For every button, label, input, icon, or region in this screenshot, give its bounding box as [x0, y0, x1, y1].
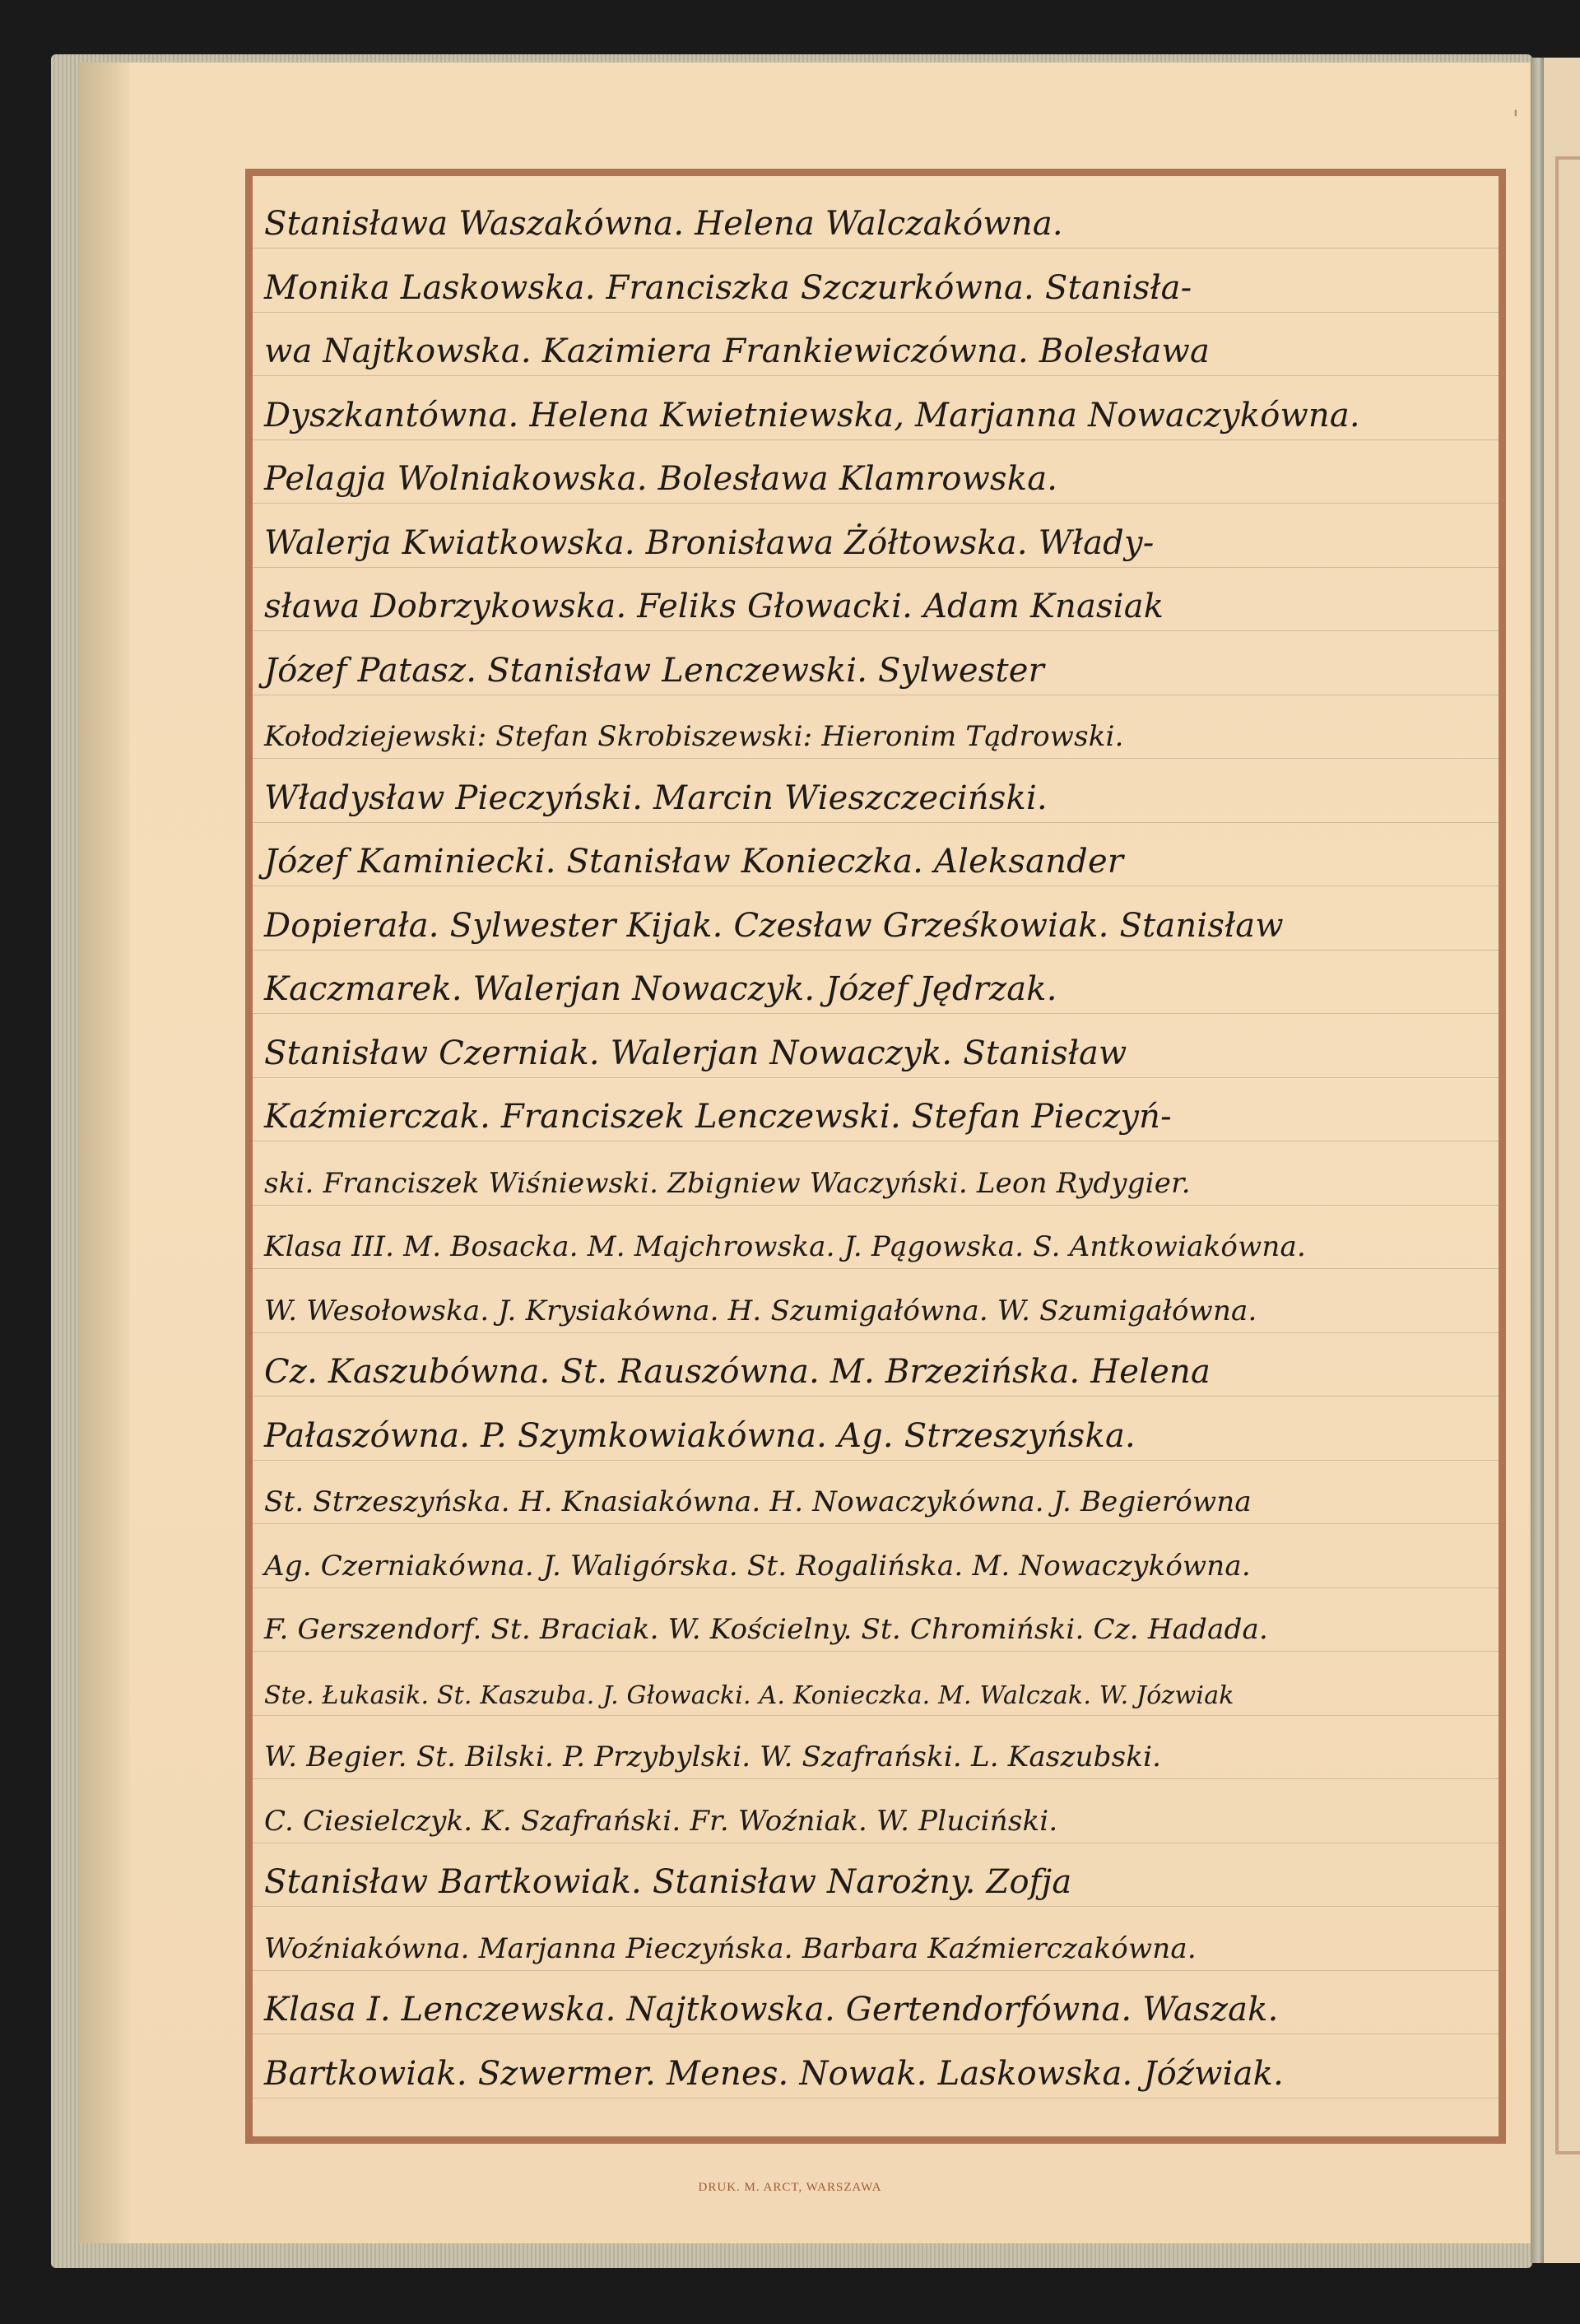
student-names: Klasa III. M. Bosacka. M. Majchrowska. J… — [264, 1230, 1490, 1263]
student-names: Kaczmarek. Walerjan Nowaczyk. Józef Jędr… — [264, 970, 1490, 1008]
handwritten-line: Kołodziejewski: Stefan Skrobiszewski: Hi… — [253, 693, 1499, 759]
handwritten-line: Pałaszówna. P. Szymkowiakówna. Ag. Strze… — [253, 1395, 1499, 1461]
handwritten-line: wa Najtkowska. Kazimiera Frankiewiczówna… — [253, 310, 1499, 376]
margin-mark: ' — [1513, 105, 1519, 132]
student-names: Klasa I. Lenczewska. Najtkowska. Gertend… — [264, 1991, 1490, 2029]
student-names: Józef Patasz. Stanisław Lenczewski. Sylw… — [264, 652, 1490, 690]
handwritten-line: W. Wesołowska. J. Krysiakówna. H. Szumig… — [253, 1267, 1499, 1333]
student-names: Monika Laskowska. Franciszka Szczurkówna… — [264, 269, 1490, 307]
student-names: wa Najtkowska. Kazimiera Frankiewiczówna… — [264, 332, 1490, 370]
student-names: Bartkowiak. Szwermer. Menes. Nowak. Lask… — [264, 2055, 1490, 2093]
ruled-lines: Stanisława Waszakówna. Helena Walczakówn… — [253, 176, 1499, 2136]
student-names: Ste. Łukasik. St. Kaszuba. J. Głowacki. … — [264, 1681, 1490, 1710]
book-spine — [1531, 58, 1544, 2263]
handwritten-line: St. Strzeszyńska. H. Knasiakówna. H. Now… — [253, 1458, 1499, 1524]
handwritten-line: ski. Franciszek Wiśniewski. Zbigniew Wac… — [253, 1140, 1499, 1206]
handwriting-frame: Stanisława Waszakówna. Helena Walczakówn… — [245, 169, 1506, 2144]
handwritten-line: F. Gerszendorf. St. Braciak. W. Kościeln… — [253, 1586, 1499, 1652]
handwritten-line: Walerja Kwiatkowska. Bronisława Żółtowsk… — [253, 502, 1499, 568]
printer-imprint: DRUK. M. ARCT, WARSZAWA — [0, 2181, 1580, 2195]
student-names: Ag. Czerniakówna. J. Waligórska. St. Rog… — [264, 1550, 1490, 1583]
handwritten-line: Dyszkantówna. Helena Kwietniewska, Marja… — [253, 374, 1499, 440]
student-names: F. Gerszendorf. St. Braciak. W. Kościeln… — [264, 1613, 1490, 1646]
student-names: C. Ciesielczyk. K. Szafrański. Fr. Woźni… — [264, 1805, 1490, 1838]
handwritten-line: Monika Laskowska. Franciszka Szczurkówna… — [253, 247, 1499, 313]
student-names: Stanisława Waszakówna. Helena Walczakówn… — [264, 205, 1490, 243]
handwritten-line: Kaźmierczak. Franciszek Lenczewski. Stef… — [253, 1076, 1499, 1141]
handwritten-line: Klasa III. M. Bosacka. M. Majchrowska. J… — [253, 1203, 1499, 1269]
handwritten-line: Cz. Kaszubówna. St. Rauszówna. M. Brzezi… — [253, 1331, 1499, 1397]
student-names: Walerja Kwiatkowska. Bronisława Żółtowsk… — [264, 524, 1490, 562]
student-names: Cz. Kaszubówna. St. Rauszówna. M. Brzezi… — [264, 1353, 1490, 1391]
student-names: St. Strzeszyńska. H. Knasiakówna. H. Now… — [264, 1485, 1490, 1518]
student-names: Kołodziejewski: Stefan Skrobiszewski: Hi… — [264, 720, 1490, 753]
handwritten-line: Bartkowiak. Szwermer. Menes. Nowak. Lask… — [253, 2033, 1499, 2099]
handwritten-line: Woźniakówna. Marjanna Pieczyńska. Barbar… — [253, 1905, 1499, 1971]
student-names: Dyszkantówna. Helena Kwietniewska, Marja… — [264, 397, 1490, 435]
handwritten-line: Klasa I. Lenczewska. Najtkowska. Gertend… — [253, 1968, 1499, 2034]
student-names: Kaźmierczak. Franciszek Lenczewski. Stef… — [264, 1098, 1490, 1136]
student-names: Dopierała. Sylwester Kijak. Czesław Grze… — [264, 907, 1490, 945]
handwritten-line: Dopierała. Sylwester Kijak. Czesław Grze… — [253, 885, 1499, 951]
handwritten-line: W. Begier. St. Bilski. P. Przybylski. W.… — [253, 1713, 1499, 1779]
student-names: W. Begier. St. Bilski. P. Przybylski. W.… — [264, 1741, 1490, 1773]
student-names: ski. Franciszek Wiśniewski. Zbigniew Wac… — [264, 1167, 1490, 1200]
handwritten-line: Ste. Łukasik. St. Kaszuba. J. Głowacki. … — [253, 1650, 1499, 1716]
handwritten-line: Józef Kaminiecki. Stanisław Konieczka. A… — [253, 820, 1499, 886]
handwritten-line: Stanisław Bartkowiak. Stanisław Narożny.… — [253, 1841, 1499, 1907]
handwritten-line: C. Ciesielczyk. K. Szafrański. Fr. Woźni… — [253, 1778, 1499, 1843]
handwritten-line: Władysław Pieczyński. Marcin Wieszczeciń… — [253, 757, 1499, 823]
student-names: Stanisław Bartkowiak. Stanisław Narożny.… — [264, 1863, 1490, 1901]
handwritten-line: Ag. Czerniakówna. J. Waligórska. St. Rog… — [253, 1522, 1499, 1588]
student-names: W. Wesołowska. J. Krysiakówna. H. Szumig… — [264, 1294, 1490, 1327]
handwritten-line: sława Dobrzykowska. Feliks Głowacki. Ada… — [253, 565, 1499, 631]
student-names: Stanisław Czerniak. Walerjan Nowaczyk. S… — [264, 1034, 1490, 1072]
student-names: Władysław Pieczyński. Marcin Wieszczeciń… — [264, 779, 1490, 817]
handwritten-line: Stanisława Waszakówna. Helena Walczakówn… — [253, 183, 1499, 249]
facing-page-frame — [1555, 156, 1580, 2154]
student-names: Pelagja Wolniakowska. Bolesława Klamrows… — [264, 460, 1490, 498]
handwritten-line: Stanisław Czerniak. Walerjan Nowaczyk. S… — [253, 1012, 1499, 1078]
handwritten-line: Kaczmarek. Walerjan Nowaczyk. Józef Jędr… — [253, 948, 1499, 1014]
handwritten-line: Pelagja Wolniakowska. Bolesława Klamrows… — [253, 438, 1499, 504]
student-names: sława Dobrzykowska. Feliks Głowacki. Ada… — [264, 588, 1490, 625]
handwritten-line: Józef Patasz. Stanisław Lenczewski. Sylw… — [253, 630, 1499, 695]
student-names: Woźniakówna. Marjanna Pieczyńska. Barbar… — [264, 1932, 1490, 1965]
student-names: Pałaszówna. P. Szymkowiakówna. Ag. Strze… — [264, 1417, 1490, 1455]
student-names: Józef Kaminiecki. Stanisław Konieczka. A… — [264, 843, 1490, 881]
